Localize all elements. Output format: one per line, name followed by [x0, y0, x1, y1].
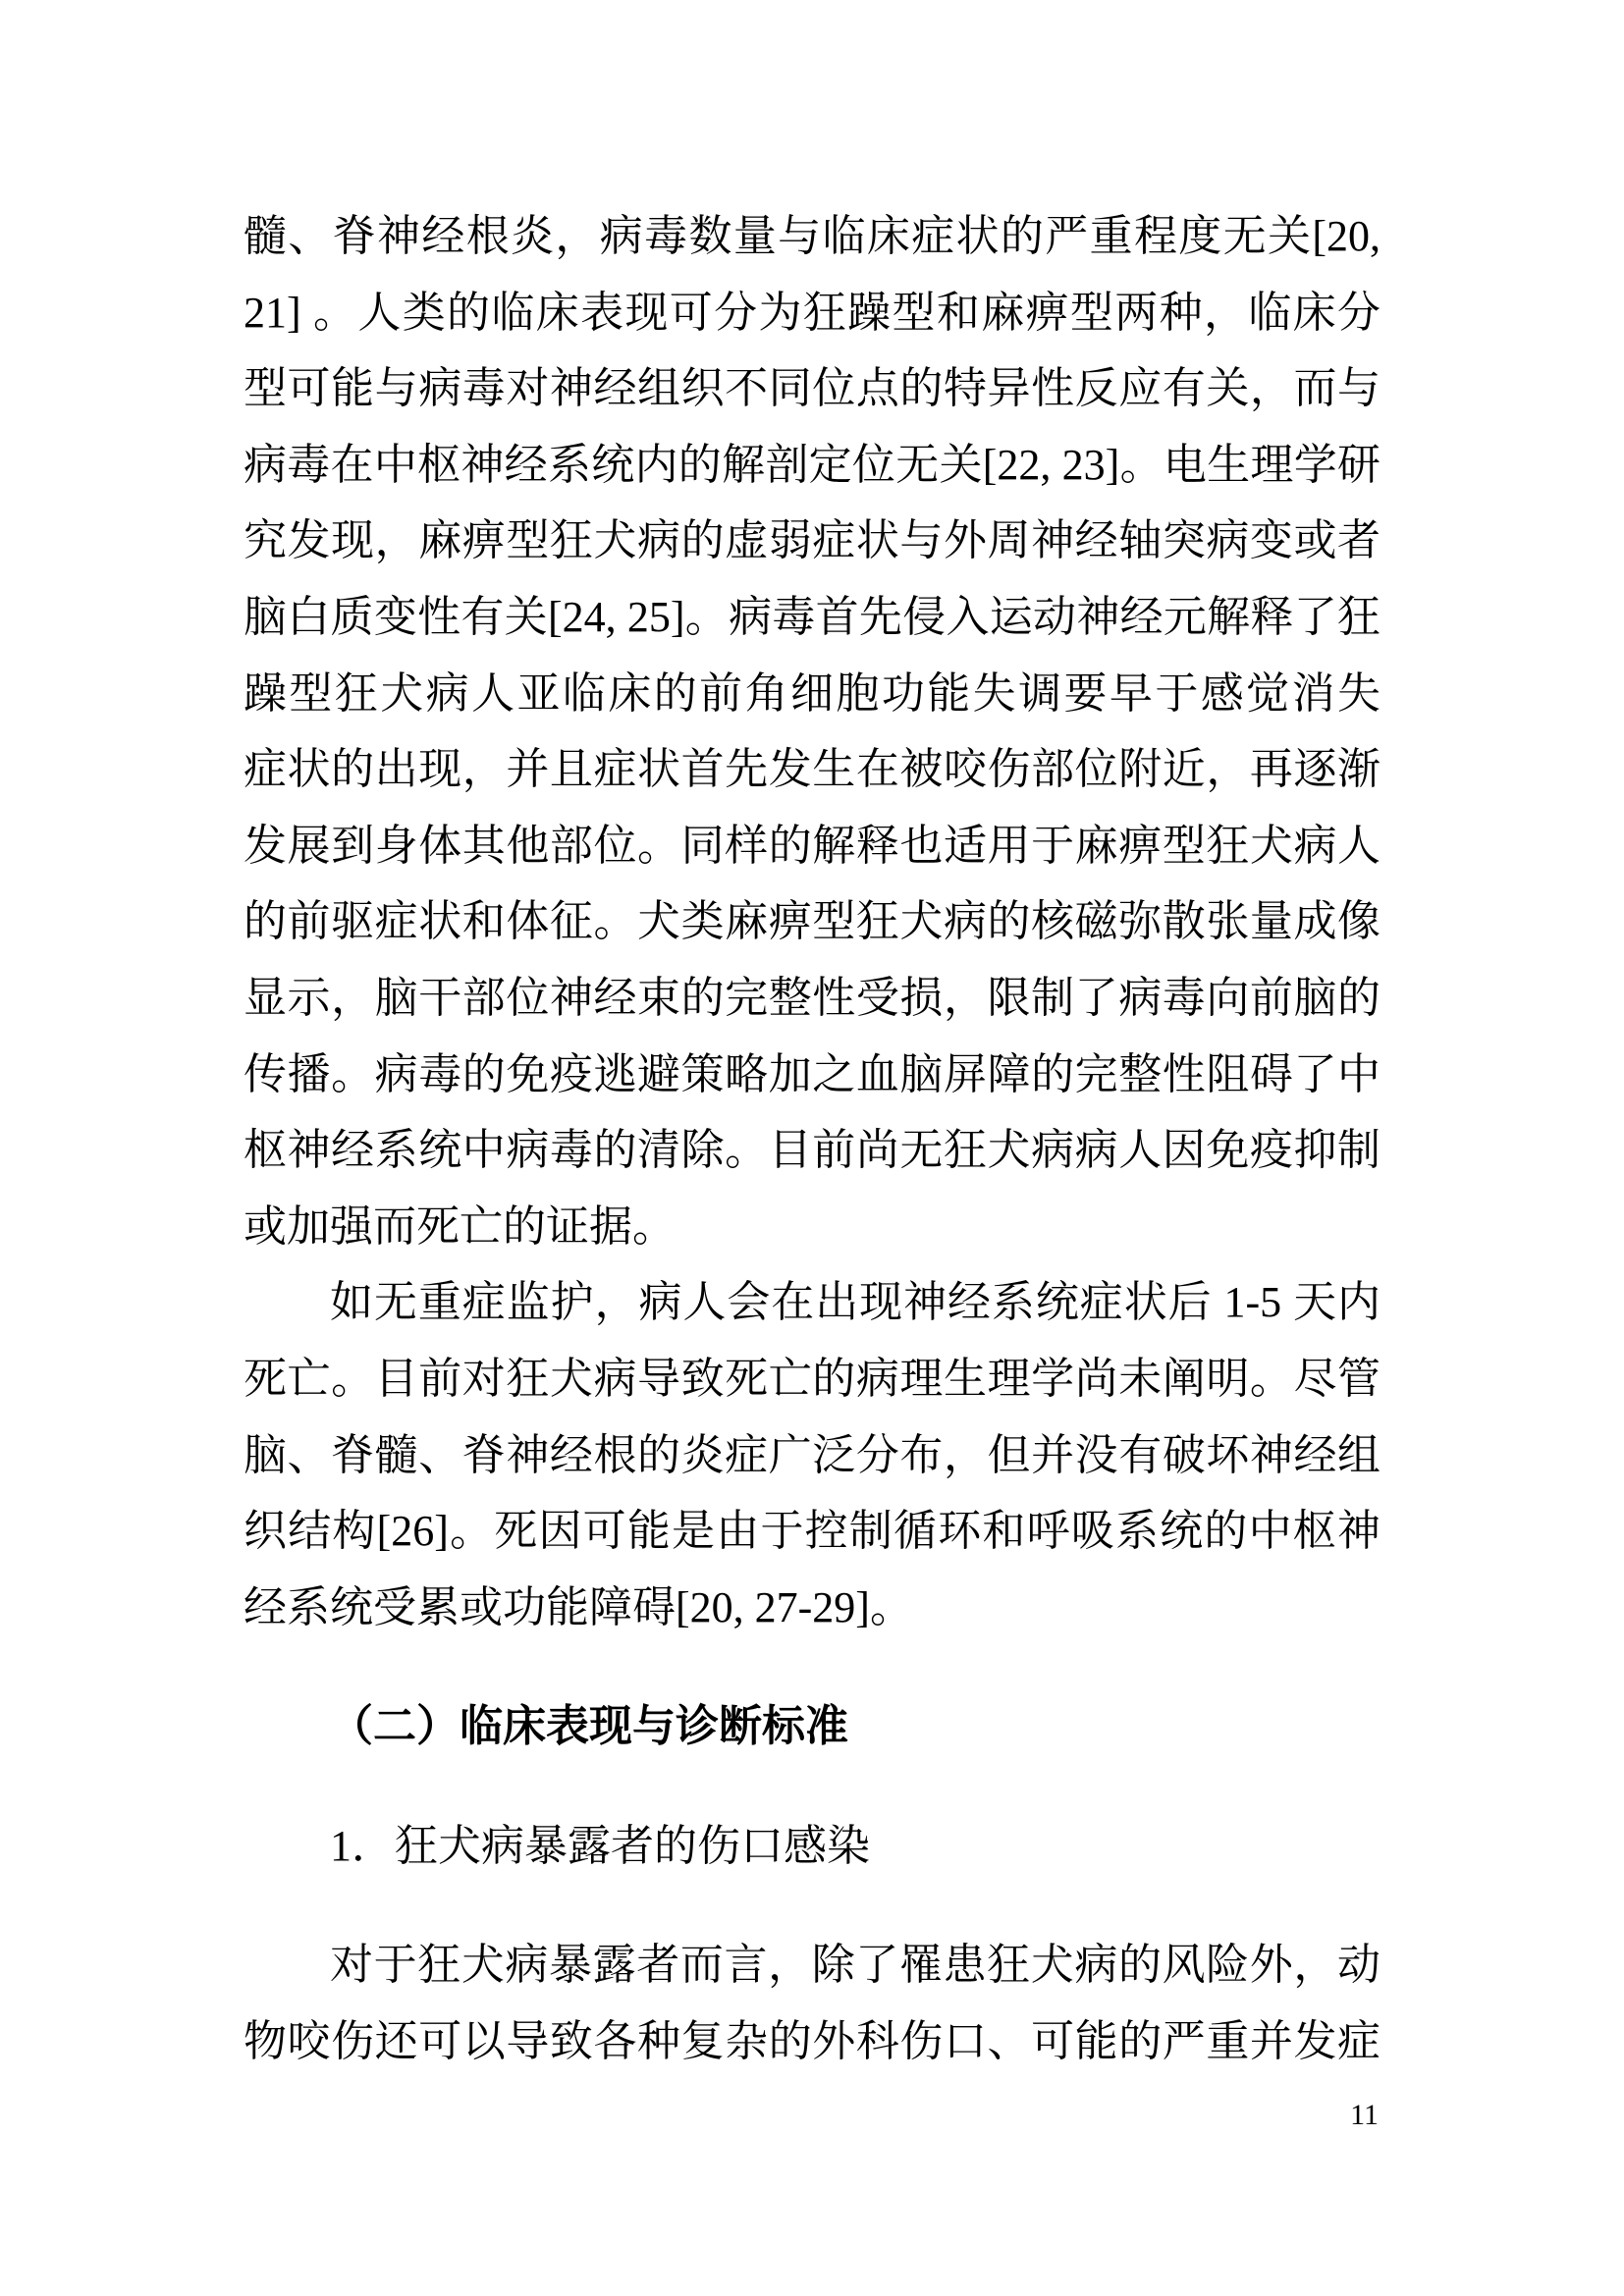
- document-content: 髓、脊神经根炎，病毒数量与临床症状的严重程度无关[20,21] 。人类的临床表现…: [244, 198, 1380, 2080]
- document-page: 髓、脊神经根炎，病毒数量与临床症状的严重程度无关[20,21] 。人类的临床表现…: [0, 0, 1624, 2296]
- text-line: 对于狂犬病暴露者而言，除了罹患狂犬病的风险外，动: [244, 1927, 1380, 2003]
- text-line: 物咬伤还可以导致各种复杂的外科伤口、可能的严重并发症: [244, 2003, 1380, 2080]
- subsection-heading: 1．狂犬病暴露者的伤口感染: [244, 1808, 1380, 1885]
- text-line: 症状的出现，并且症状首先发生在被咬伤部位附近，再逐渐: [244, 731, 1380, 808]
- paragraph: 如无重症监护，病人会在出现神经系统症状后 1-5 天内死亡。目前对狂犬病导致死亡…: [244, 1264, 1380, 1645]
- section-heading: （二）临床表现与诊断标准: [244, 1688, 1380, 1765]
- text-line: 织结构[26]。死因可能是由于控制循环和呼吸系统的中枢神: [244, 1493, 1380, 1570]
- text-line: 如无重症监护，病人会在出现神经系统症状后 1-5 天内: [244, 1264, 1380, 1341]
- text-line: 死亡。目前对狂犬病导致死亡的病理生理学尚未阐明。尽管: [244, 1341, 1380, 1417]
- text-line: 型可能与病毒对神经组织不同位点的特异性反应有关，而与: [244, 350, 1380, 427]
- text-line: 经系统受累或功能障碍[20, 27-29]。: [244, 1570, 1380, 1646]
- paragraph: 对于狂犬病暴露者而言，除了罹患狂犬病的风险外，动物咬伤还可以导致各种复杂的外科伤…: [244, 1927, 1380, 2079]
- text-line: 枢神经系统中病毒的清除。目前尚无狂犬病病人因免疫抑制: [244, 1112, 1380, 1189]
- text-line: 病毒在中枢神经系统内的解剖定位无关[22, 23]。电生理学研: [244, 427, 1380, 504]
- text-line: 脑、脊髓、脊神经根的炎症广泛分布，但并没有破坏神经组: [244, 1417, 1380, 1494]
- page-number: 11: [1350, 2099, 1379, 2132]
- text-line: 21] 。人类的临床表现可分为狂躁型和麻痹型两种，临床分: [244, 275, 1380, 351]
- text-line: 或加强而死亡的证据。: [244, 1189, 1380, 1265]
- text-line: 发展到身体其他部位。同样的解释也适用于麻痹型狂犬病人: [244, 808, 1380, 884]
- text-line: 髓、脊神经根炎，病毒数量与临床症状的严重程度无关[20,: [244, 198, 1380, 275]
- text-line: 躁型狂犬病人亚临床的前角细胞功能失调要早于感觉消失: [244, 656, 1380, 732]
- text-line: 传播。病毒的免疫逃避策略加之血脑屏障的完整性阻碍了中: [244, 1037, 1380, 1113]
- text-line: 显示，脑干部位神经束的完整性受损，限制了病毒向前脑的: [244, 960, 1380, 1037]
- paragraph: 髓、脊神经根炎，病毒数量与临床症状的严重程度无关[20,21] 。人类的临床表现…: [244, 198, 1380, 1264]
- text-line: 究发现，麻痹型狂犬病的虚弱症状与外周神经轴突病变或者: [244, 503, 1380, 579]
- text-line: 的前驱症状和体征。犬类麻痹型狂犬病的核磁弥散张量成像: [244, 883, 1380, 960]
- text-line: 脑白质变性有关[24, 25]。病毒首先侵入运动神经元解释了狂: [244, 579, 1380, 656]
